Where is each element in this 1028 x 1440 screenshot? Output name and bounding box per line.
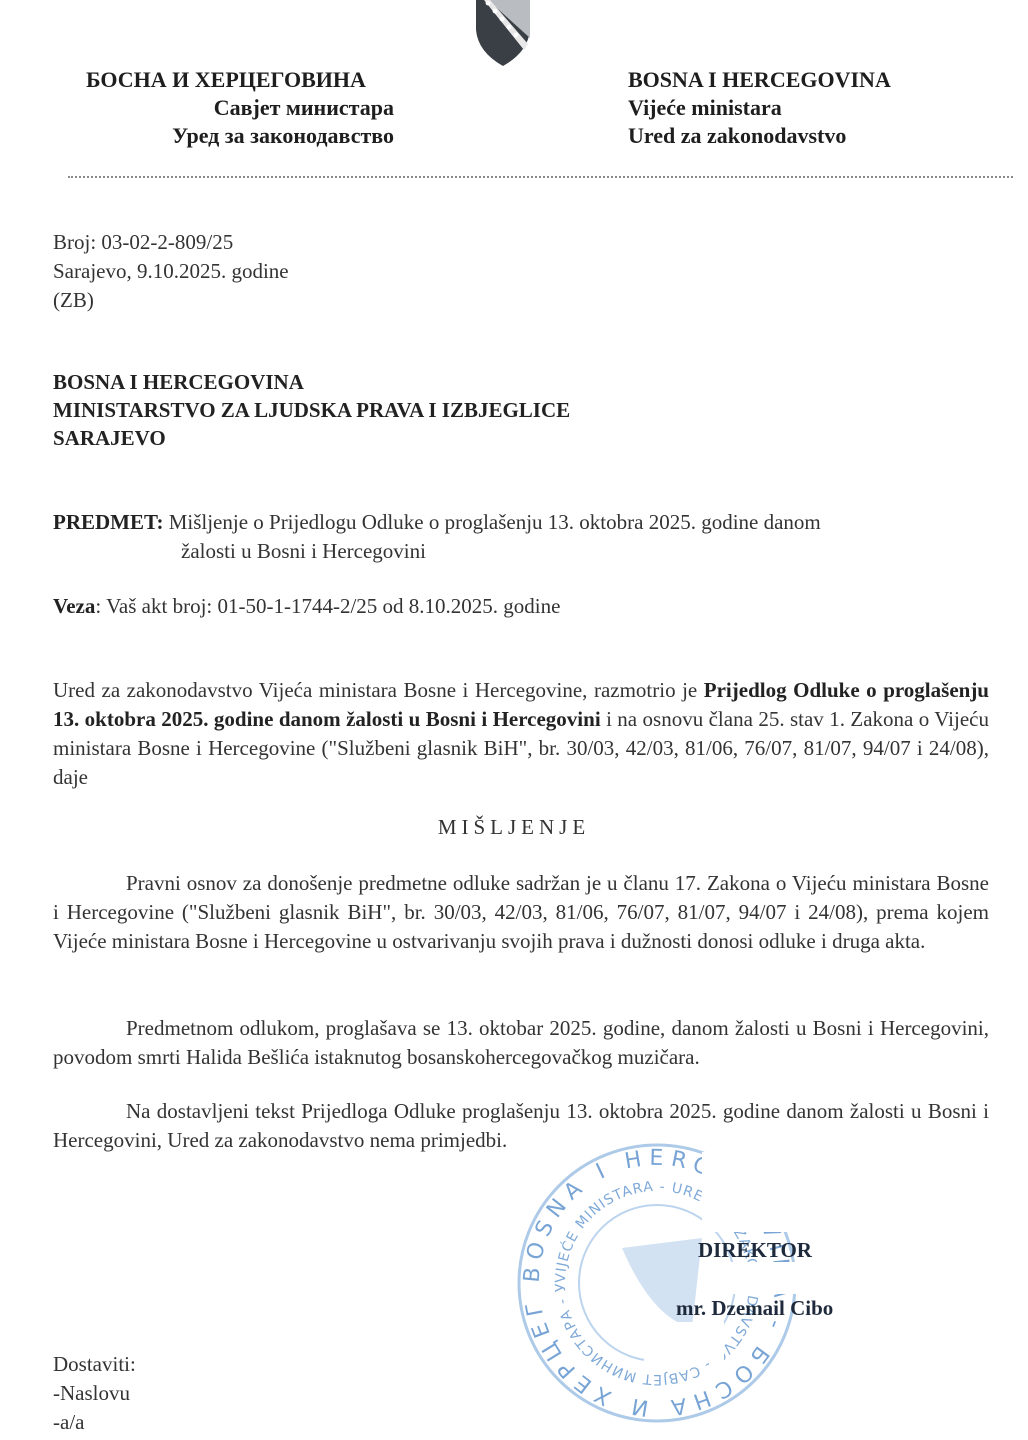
signatory-name: mr. Dzemail Cibo bbox=[676, 1296, 833, 1321]
letterhead-office-cyrillic: Уред за законодавство bbox=[60, 122, 394, 150]
document-place-date: Sarajevo, 9.10.2025. godine bbox=[53, 257, 289, 286]
recipient-country: BOSNA I HERCEGOVINA bbox=[53, 368, 570, 396]
redaction-patch bbox=[702, 1152, 1028, 1232]
letterhead-latin: BOSNA I HERCEGOVINA Vijeće ministara Ure… bbox=[628, 66, 988, 150]
reference-text: : Vaš akt broj: 01-50-1-1744-2/25 od 8.1… bbox=[95, 594, 560, 618]
signatory-title: DIREKTOR bbox=[698, 1238, 812, 1263]
decision-paragraph: Predmetnom odlukom, proglašava se 13. ok… bbox=[53, 1014, 989, 1072]
intro-text-a: Ured za zakonodavstvo Vijeća ministara B… bbox=[53, 678, 704, 702]
redaction-patch bbox=[644, 1322, 724, 1362]
letterhead-country-cyrillic: БОСНА И ХЕРЦЕГОВИНА bbox=[60, 66, 394, 94]
letterhead-office-latin: Ured za zakonodavstvo bbox=[628, 122, 988, 150]
letterhead-country-latin: BOSNA I HERCEGOVINA bbox=[628, 66, 988, 94]
reference-line: Veza: Vaš akt broj: 01-50-1-1744-2/25 od… bbox=[53, 592, 560, 621]
letterhead-cyrillic: БОСНА И ХЕРЦЕГОВИНА Савјет министара Уре… bbox=[60, 66, 394, 150]
recipient-city: SARAJEVO bbox=[53, 424, 570, 452]
recipient-ministry: MINISTARSTVO ZA LJUDSKA PRAVA I IZBJEGLI… bbox=[53, 396, 570, 424]
intro-paragraph: Ured za zakonodavstvo Vijeća ministara B… bbox=[53, 676, 989, 792]
letterhead-council-cyrillic: Савјет министара bbox=[60, 94, 394, 122]
reference-label: Veza bbox=[53, 594, 95, 618]
letterhead-divider bbox=[68, 176, 1013, 178]
distribution-label: Dostaviti: bbox=[53, 1350, 136, 1379]
distribution-item: -a/a bbox=[53, 1408, 136, 1437]
recipient-block: BOSNA I HERCEGOVINA MINISTARSTVO ZA LJUD… bbox=[53, 368, 570, 452]
subject-block: PREDMET: Mišljenje o Prijedlogu Odluke o… bbox=[53, 508, 983, 566]
opinion-heading: MIŠLJENJE bbox=[0, 815, 1028, 840]
subject-text-line2: žalosti u Bosni i Hercegovini bbox=[53, 537, 983, 566]
legal-basis-paragraph: Pravni osnov za donošenje predmetne odlu… bbox=[53, 869, 989, 956]
distribution-list: Dostaviti: -Naslovu -a/a bbox=[53, 1350, 136, 1437]
letterhead-council-latin: Vijeće ministara bbox=[628, 94, 988, 122]
document-number: Broj: 03-02-2-809/25 bbox=[53, 228, 289, 257]
distribution-item: -Naslovu bbox=[53, 1379, 136, 1408]
document-meta: Broj: 03-02-2-809/25 Sarajevo, 9.10.2025… bbox=[53, 228, 289, 315]
subject-text-line1: Mišljenje o Prijedlogu Odluke o proglaše… bbox=[163, 510, 820, 534]
subject-label: PREDMET: bbox=[53, 510, 163, 534]
document-initials: (ZB) bbox=[53, 286, 289, 315]
bih-coat-of-arms-icon bbox=[474, 0, 532, 66]
redaction-patch bbox=[700, 1262, 950, 1294]
